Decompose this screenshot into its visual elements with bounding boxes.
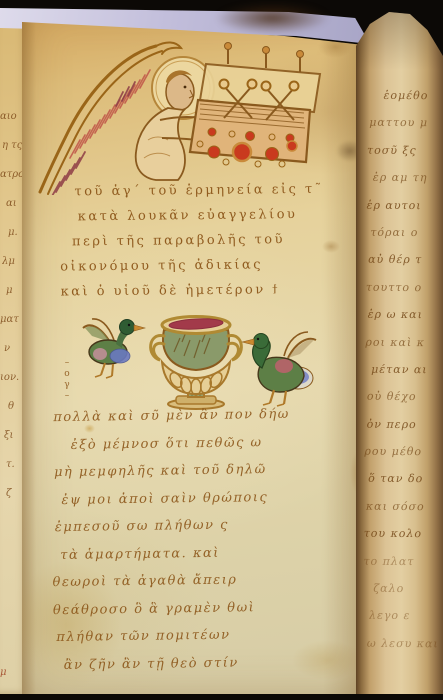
body-line: μὴ μεμφηλῆς καὶ τοῦ δηλῶ xyxy=(54,455,357,487)
right-fragment: ματτου μ xyxy=(369,109,443,137)
body-line: τὰ ἁμαρτήματα. καὶ xyxy=(60,537,358,569)
margin-mark: – ο γ – xyxy=(60,358,74,402)
title-text-block: τοῦ ἁγ΄ τοῦ ἑρμηνεία εἰς τ῀ κατὰ λουκᾶν … xyxy=(57,176,358,304)
right-fragment: και σόσο xyxy=(366,493,440,521)
margin-mark-glyph: γ xyxy=(60,380,74,391)
parchment-stain xyxy=(292,640,362,680)
right-fragment: ω λεσυ και xyxy=(367,630,439,658)
right-fragment: τόραι ο xyxy=(370,219,442,247)
right-fragment: του κολο xyxy=(364,520,440,548)
right-folio-surface: ἑομέθο ματτου μ τοσῦ ξς ἑρ αμ τη ἑρ αυτο… xyxy=(356,0,443,700)
body-line: πλήθαν τῶν πομιτέων xyxy=(56,620,359,652)
body-line: ἐξὸ μέμνοσ ὅτι πεθῶς ω xyxy=(70,427,356,458)
title-line: περὶ τῆς παραβολῆς τοῦ xyxy=(72,226,358,254)
angel-wing xyxy=(40,42,181,195)
right-fragment: ἑρ αυτοι xyxy=(366,191,442,219)
right-fragment: οὐ θέχο xyxy=(367,383,441,411)
right-fragment: λεγο ε xyxy=(369,602,439,630)
angel-halo-and-head xyxy=(152,57,214,119)
body-line: ἂν ζῆν ἂν τῇ θεὸ στίν xyxy=(64,647,360,679)
right-fragment: ἑρ αμ τη xyxy=(373,164,443,192)
duck-left-illustration xyxy=(80,314,146,380)
body-line: πολλὰ καὶ σῦ μὲν ἂν πον δήω xyxy=(53,400,356,432)
body-line: θεάθροσο ὃ ἃ γραμὲν θωὶ xyxy=(53,592,359,624)
title-line: κατὰ λουκᾶν εὐαγγελίου xyxy=(78,201,358,229)
jeweled-casket xyxy=(190,43,320,168)
parchment-stain xyxy=(12,560,122,690)
parchment-stain xyxy=(322,240,340,253)
casket-gems xyxy=(197,128,297,167)
krater-illustration xyxy=(146,312,246,412)
right-fragment: τοσῦ ξς xyxy=(367,136,443,164)
title-line: τοῦ ἁγ΄ τοῦ ἑρμηνεία εἰς τ῀ xyxy=(74,176,357,204)
backdrop-bottom-strip xyxy=(0,694,443,700)
right-fragment: ἑρ ω και xyxy=(368,301,442,329)
right-fragment: αὐ θέρ τ xyxy=(368,246,442,274)
right-fragment: ροι καὶ κ xyxy=(365,328,441,356)
right-fragment: το πλατ xyxy=(363,547,439,575)
parchment-stain xyxy=(84,424,95,433)
title-line: καὶ ὁ υἱοῦ δὲ ἡμετέρον ϯ xyxy=(60,276,358,304)
right-folio-text-fragments: ἑομέθο ματτου μ τοσῦ ξς ἑρ αμ τη ἑρ αυτο… xyxy=(362,82,443,693)
title-line: οἰκονόμου τῆς ἀδικίας xyxy=(60,251,358,279)
right-fragment: ὅ ταν δο xyxy=(368,465,440,493)
right-fragment: ζαλο xyxy=(373,575,439,603)
right-fragment: ὀν περο xyxy=(367,410,441,438)
body-line: ἐμπεσοῦ σω πλήθων ς xyxy=(55,510,358,542)
right-fragment: μέταν αι xyxy=(371,356,441,384)
angel-illustration xyxy=(28,40,338,195)
margin-mark-glyph: – xyxy=(60,391,74,402)
right-fragment: ρου μέθο xyxy=(364,438,440,466)
main-folio: τοῦ ἁγ΄ τοῦ ἑρμηνεία εἰς τ῀ κατὰ λουκᾶν … xyxy=(22,0,372,700)
gutter-shadow xyxy=(215,2,330,34)
body-line: ἐψ μοι ἀποὶ σαὶν θρώποις xyxy=(61,482,357,514)
body-text-block: πολλὰ καὶ σῦ μὲν ἂν πον δήω ἐξὸ μέμνοσ ὅ… xyxy=(46,400,360,679)
body-line: θεωροὶ τὰ ἀγαθὰ ἄπειρ xyxy=(52,565,358,597)
manuscript-photograph: αιο η τς ατρο αι μ. λμ μ ματ ν ιον. θ ξι… xyxy=(0,0,443,700)
margin-mark-glyph: – xyxy=(60,358,74,369)
angel-body xyxy=(136,108,225,180)
right-folio-curled: ἑομέθο ματτου μ τοσῦ ξς ἑρ αμ τη ἑρ αυτο… xyxy=(356,0,443,700)
right-fragment: ἑομέθο xyxy=(383,82,443,110)
margin-mark-glyph: ο xyxy=(60,369,74,380)
right-fragment: τουττο ο xyxy=(366,273,442,301)
duck-right-illustration xyxy=(240,328,320,408)
